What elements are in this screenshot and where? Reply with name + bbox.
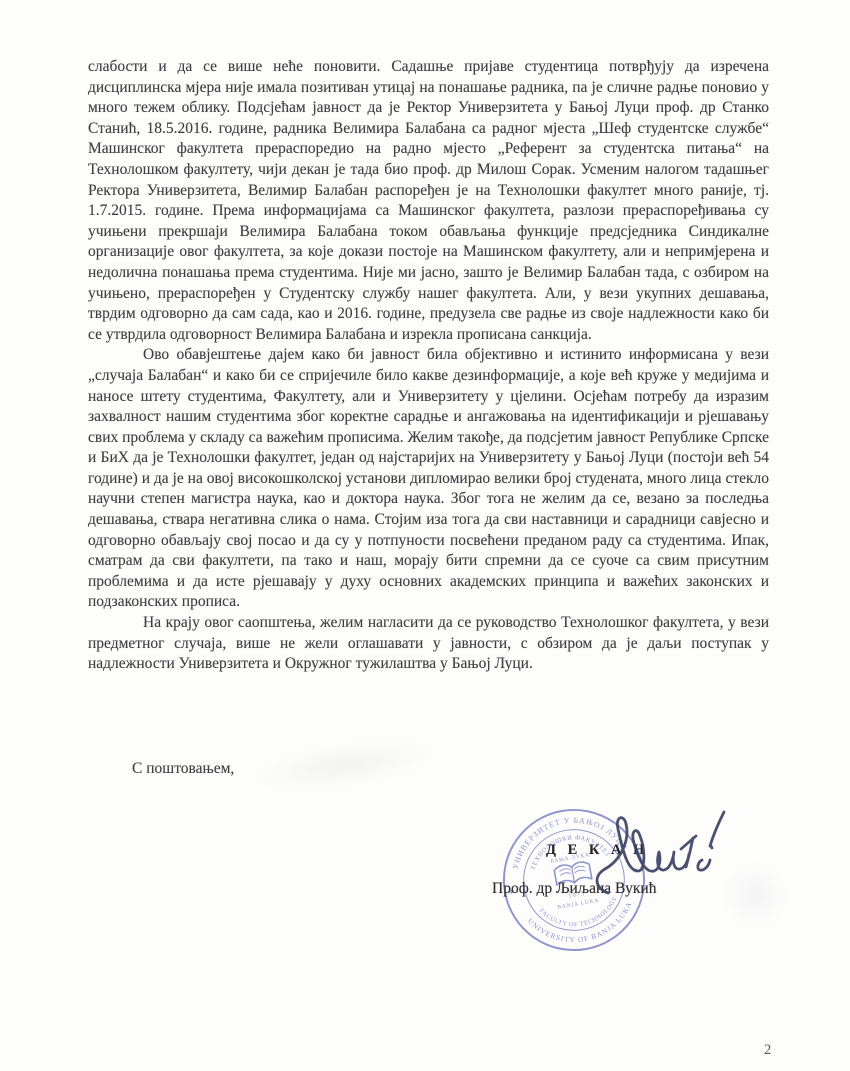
signature-icon: [578, 796, 736, 904]
scan-smudge: [248, 729, 443, 801]
letter-closing: С поштовањем,: [132, 760, 234, 778]
letter-paragraph: слабости и да се више неће поновити. Сад…: [88, 57, 769, 345]
letter-paragraph: Ово обавјештење дајем како би јавност би…: [88, 345, 769, 613]
handwritten-signature: [578, 796, 736, 904]
page-number: 2: [764, 1042, 771, 1059]
letter-paragraph: На крају овог саопштења, желим нагласити…: [88, 613, 769, 675]
letter-body: слабости и да се више неће поновити. Сад…: [88, 57, 769, 675]
scanned-letter-page: слабости и да се више неће поновити. Сад…: [0, 0, 850, 1071]
